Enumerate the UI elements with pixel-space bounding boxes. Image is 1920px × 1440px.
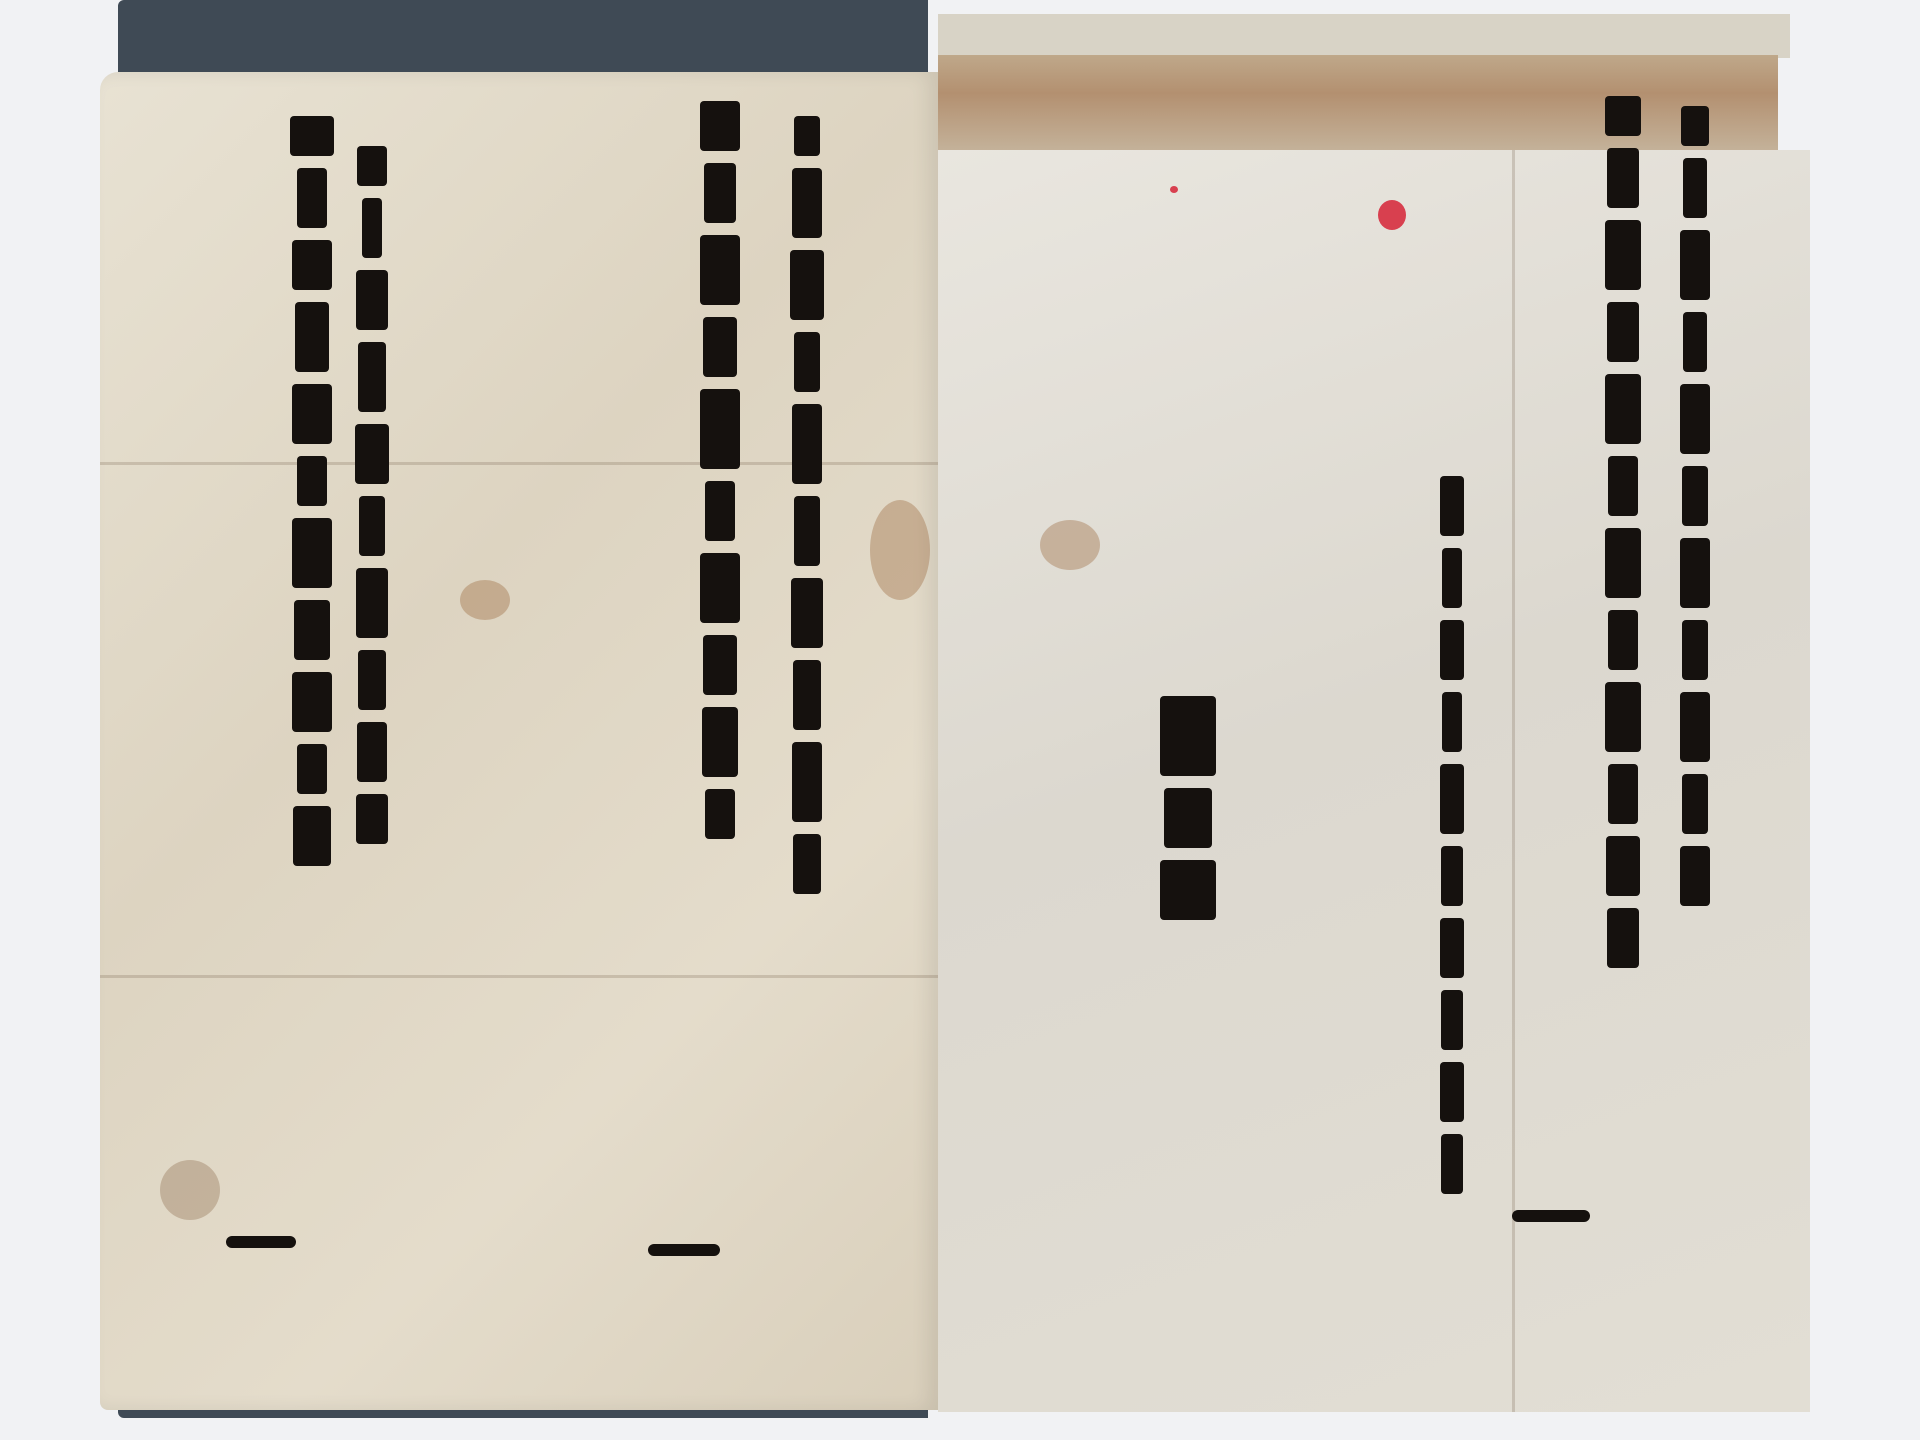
calligraphy-column (355, 140, 389, 850)
vertical-fold (1512, 150, 1515, 1412)
stain (460, 580, 510, 620)
scene-caption: Open hand-bound Japanese manuscript book… (0, 0, 1, 1)
large-calligraphy-column (1160, 690, 1216, 926)
calligraphy-column (1680, 100, 1710, 912)
calligraphy-column (790, 110, 824, 900)
rust-stained-strip (938, 55, 1778, 151)
top-paper-strip (938, 14, 1790, 58)
calligraphy-column (1605, 90, 1641, 974)
ichi-marker (648, 1244, 720, 1256)
ichi-marker (226, 1236, 296, 1248)
calligraphy-column (1440, 470, 1464, 1200)
stain (870, 500, 930, 600)
ichi-marker (1512, 1210, 1590, 1222)
stain (1040, 520, 1100, 570)
horizontal-fold (100, 975, 938, 978)
stain (160, 1160, 220, 1220)
red-seal-mark (1378, 200, 1406, 230)
calligraphy-column (700, 95, 740, 845)
calligraphy-column (290, 110, 334, 872)
red-ink-dot (1170, 186, 1178, 193)
